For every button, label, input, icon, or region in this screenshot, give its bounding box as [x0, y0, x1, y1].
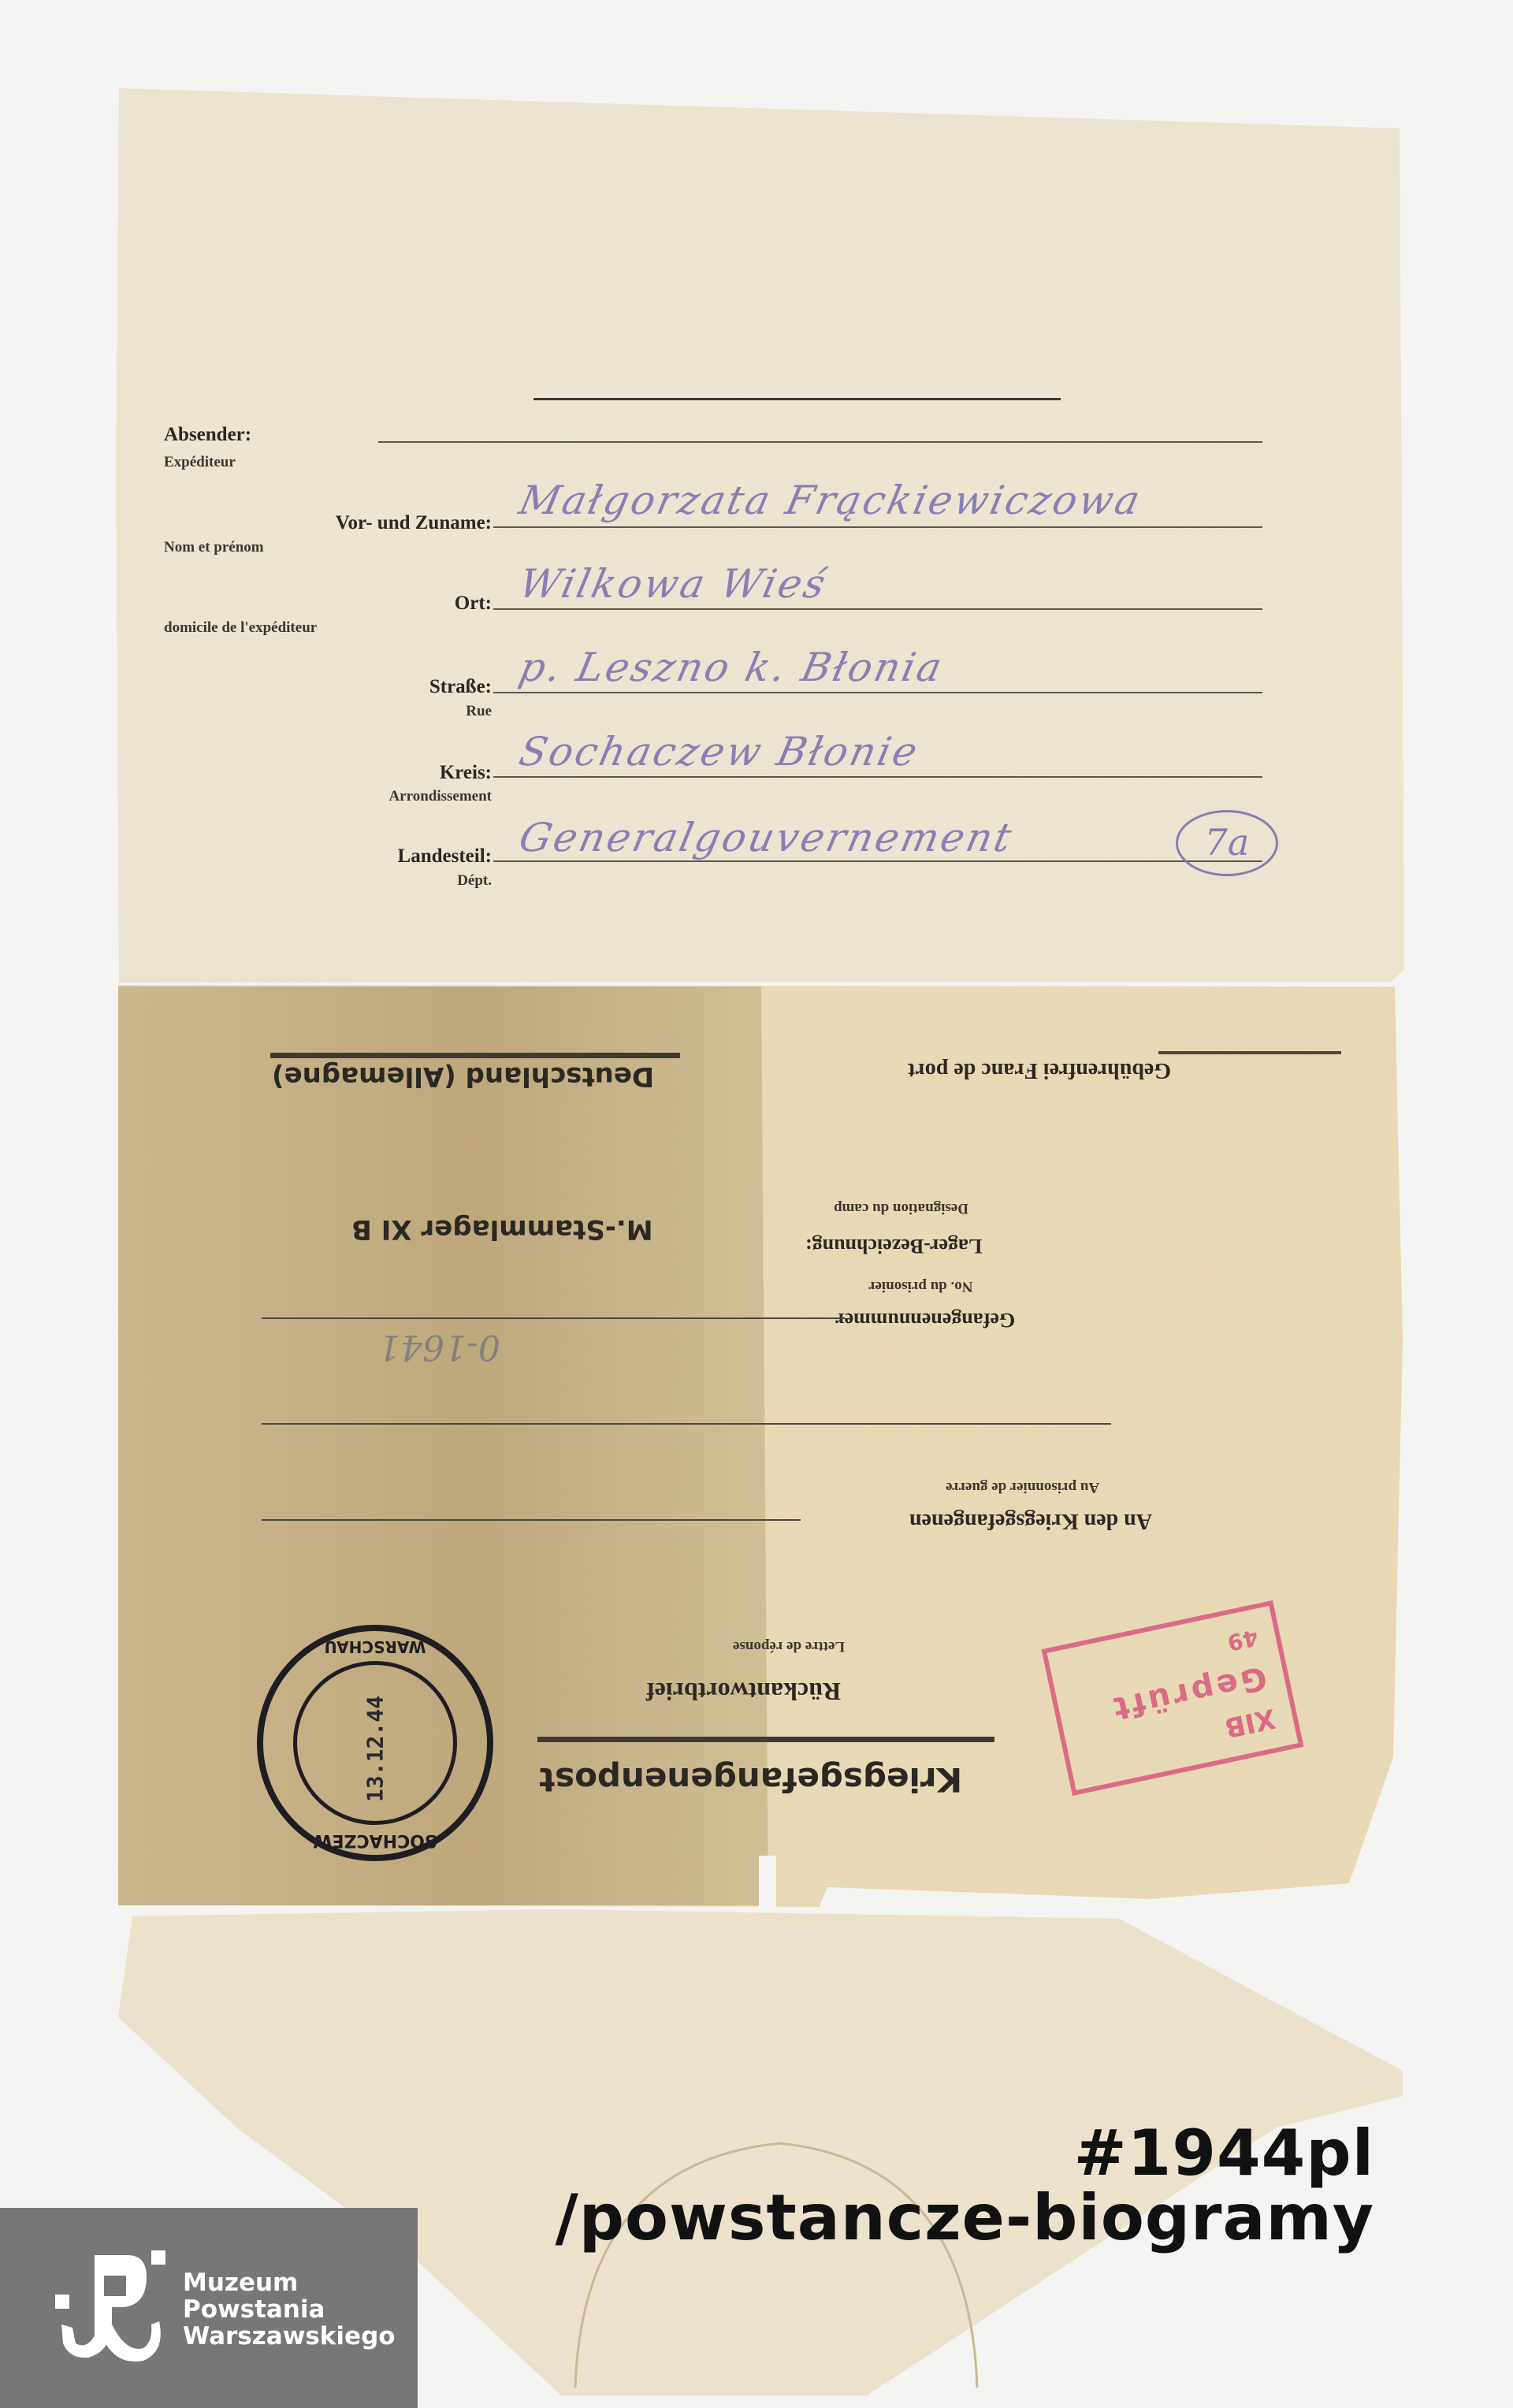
museum-logo: Muzeum Powstania Warszawskiego [0, 2208, 418, 2408]
label-expediteur: Expéditeur [164, 454, 236, 471]
country-text: Deutschland (Allemagne) [272, 1061, 654, 1092]
handwritten-name: Małgorzata Frąckiewiczowa [515, 478, 1147, 523]
addressee-line-1 [262, 1423, 1111, 1425]
postmark-city: WARSCHAU [263, 1637, 487, 1656]
museum-name-line-3: Warszawskiego [183, 2323, 396, 2350]
handwritten-district: Sochaczew Błonie [515, 729, 924, 775]
hashtag-1944pl: #1944pl [1074, 2116, 1374, 2190]
addressee-line-2 [262, 1519, 801, 1521]
handwritten-place: Wilkowa Wieś [515, 561, 831, 607]
landesteil-field-line [493, 860, 1262, 862]
handwritten-region: Generalgouvernement [515, 815, 1018, 860]
paper-background [0, 0, 1513, 2408]
label-strasse-de: Straße: [429, 676, 492, 698]
label-ort-de: Ort: [455, 593, 492, 615]
label-ort-fr: domicile de l'expéditeur [164, 619, 317, 637]
postmark-stamp: SOCHACZEW 13.12.44 WARSCHAU [257, 1625, 493, 1861]
title-de: Rückantwortbrief [646, 1677, 841, 1706]
addressee-label-de: An den Kriegsgefangenen [909, 1508, 1152, 1533]
label-absender: Absender: [164, 424, 251, 446]
label-name-de: Vor- und Zuname: [336, 512, 492, 534]
strasse-field-line [493, 692, 1262, 693]
pencil-prisoner-number: 0-1641 [378, 1327, 500, 1367]
censor-camp: XIB [1221, 1702, 1278, 1744]
museum-name: Muzeum Powstania Warszawskiego [183, 2269, 396, 2350]
kotwica-anchor-icon [55, 2249, 165, 2367]
camp-value: M.-Stammlager XI B [351, 1213, 653, 1245]
country-rule [270, 1053, 680, 1058]
franking-text: Gebührenfrei Franc de port [908, 1057, 1171, 1083]
name-field-line [493, 526, 1262, 528]
form-top-rule [533, 398, 1061, 400]
kreis-field-line [493, 776, 1262, 778]
camp-label-fr: Designation du camp [834, 1199, 968, 1217]
label-landesteil-fr: Dépt. [457, 872, 492, 890]
number-label-fr: No. du prisonier [868, 1277, 973, 1295]
postmark-date: 13.12.44 [362, 1637, 388, 1861]
camp-label-de: Lager-Bezeichnung: [805, 1234, 982, 1258]
tear-notch [759, 1856, 776, 1919]
label-strasse-fr: Rue [466, 703, 492, 720]
addressee-label-fr: Au prisonnier de guerre [946, 1478, 1099, 1496]
absender-line [378, 441, 1262, 443]
ort-field-line [493, 608, 1262, 610]
museum-name-line-1: Muzeum [183, 2269, 396, 2296]
service-title: Kriegsgefangenenpost [539, 1760, 962, 1799]
title-fr: Lettre de réponse [733, 1637, 845, 1655]
franking-rule [1158, 1051, 1341, 1054]
number-label-de: Gefangenennummer [835, 1308, 1015, 1332]
label-landesteil-de: Landesteil: [398, 845, 492, 868]
handwritten-street: p. Leszno k. Błonia [515, 645, 948, 690]
title-rule [537, 1737, 994, 1742]
museum-name-line-2: Powstania [183, 2296, 396, 2323]
biograms-path: /powstancze-biogramy [556, 2181, 1374, 2254]
number-field-line [262, 1317, 845, 1319]
censor-number: 49 [1225, 1624, 1261, 1655]
label-name-fr: Nom et prénom [164, 539, 264, 556]
circled-mark: 7a [1176, 810, 1278, 876]
label-kreis-de: Kreis: [440, 762, 492, 784]
label-kreis-fr: Arrondissement [388, 788, 492, 805]
